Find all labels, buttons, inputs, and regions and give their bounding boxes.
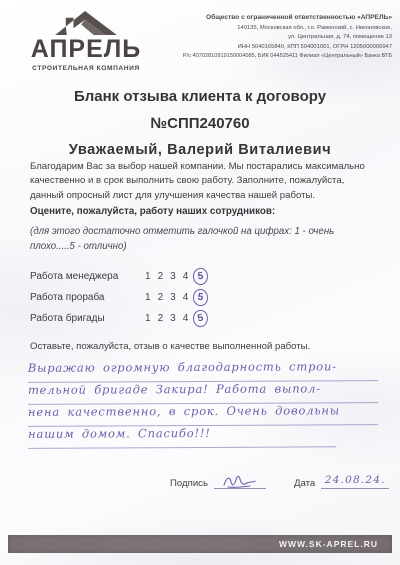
- intro-paragraph: Благодарим Вас за выбор нашей компании. …: [30, 160, 378, 203]
- contract-number: №СПП240760: [0, 115, 400, 132]
- rate-note: (для этого достаточно отметить галочкой …: [30, 224, 370, 254]
- form-title: Бланк отзыва клиента к договору: [0, 88, 400, 105]
- rating-row-foreman: Работа прораба 1 2 3 4 5: [30, 287, 290, 308]
- rating-value: 3: [170, 292, 176, 303]
- rating-value: 3: [170, 313, 176, 324]
- scanned-document: АПРЕЛЬ СТРОИТЕЛЬНАЯ КОМПАНИЯ Общество с …: [0, 0, 400, 565]
- footer-url: WWW.SK-APREL.RU: [279, 539, 378, 549]
- company-details: Общество с ограниченной ответственностью…: [132, 14, 392, 61]
- handwritten-review: Выражаю огромную благодарность строи- те…: [28, 359, 378, 449]
- rating-value: 1: [145, 292, 151, 303]
- client-name: Уважаемый, Валерий Виталиевич: [0, 142, 400, 158]
- rate-heading: Оцените, пожалуйста, работу наших сотруд…: [30, 206, 378, 217]
- handwriting-line: тельной бригаде Закира! Работа выпол-: [28, 381, 378, 405]
- rating-row-crew: Работа бригады 1 2 3 4 5: [30, 308, 290, 329]
- signature-label: Подпись: [170, 478, 208, 489]
- ratings-table: Работа менеджера 1 2 3 4 5 Работа прораб…: [30, 266, 290, 329]
- rating-scale: 1 2 3 4 5: [145, 310, 208, 327]
- company-name: АПРЕЛЬ: [26, 37, 146, 62]
- company-bank-line: Р/с 40702810919150004085, БИК 044525411 …: [132, 52, 392, 61]
- rating-value: 2: [158, 292, 164, 303]
- company-tagline: СТРОИТЕЛЬНАЯ КОМПАНИЯ: [26, 65, 146, 72]
- roof-icon: [55, 10, 117, 36]
- handwriting-line: нена качественно, в срок. Очень довольны: [28, 403, 378, 427]
- footer-bar: WWW.SK-APREL.RU: [8, 535, 392, 553]
- company-legal-name: Общество с ограниченной ответственностью…: [132, 14, 392, 21]
- rating-row-manager: Работа менеджера 1 2 3 4 5: [30, 266, 290, 287]
- rating-value: 1: [145, 271, 151, 282]
- rating-label: Работа менеджера: [30, 271, 145, 282]
- rating-value: 1: [145, 313, 151, 324]
- signature-scribble-icon: [222, 474, 256, 488]
- rating-scale: 1 2 3 4 5: [145, 268, 208, 285]
- rating-label: Работа бригады: [30, 313, 145, 324]
- date-value: 24.08.24.: [321, 474, 389, 489]
- signature-row: Подпись Дата 24.08.24.: [170, 474, 389, 489]
- rating-value: 2: [158, 271, 164, 282]
- company-inn-line: ИНН 5040165840, КПП 504001001, ОГРН 1205…: [132, 43, 392, 52]
- rating-value: 2: [158, 313, 164, 324]
- handwriting-line: нашим домом. Спасибо!!!: [28, 425, 336, 449]
- rating-value: 4: [183, 313, 189, 324]
- rating-selected-circle: 5: [192, 288, 209, 307]
- handwriting-line: Выражаю огромную благодарность строи-: [28, 359, 378, 383]
- company-address-line1: 140135, Московская обл., г.о. Раменский,…: [132, 24, 392, 33]
- rating-selected-circle: 5: [192, 267, 209, 286]
- rating-value: 4: [183, 292, 189, 303]
- rating-scale: 1 2 3 4 5: [145, 289, 208, 306]
- rating-value: 4: [183, 271, 189, 282]
- date-label: Дата: [294, 478, 315, 489]
- title-block: Бланк отзыва клиента к договору №СПП2407…: [0, 88, 400, 158]
- review-prompt: Оставьте, пожалуйста, отзыв о качестве в…: [30, 341, 378, 352]
- company-address-line2: ул. Центральная, д. 74, помещение 13: [132, 33, 392, 42]
- company-logo: АПРЕЛЬ СТРОИТЕЛЬНАЯ КОМПАНИЯ: [26, 10, 146, 72]
- rating-label: Работа прораба: [30, 292, 145, 303]
- rating-value: 3: [170, 271, 176, 282]
- rating-selected-circle: 5: [192, 309, 210, 329]
- signature-line: [214, 474, 266, 489]
